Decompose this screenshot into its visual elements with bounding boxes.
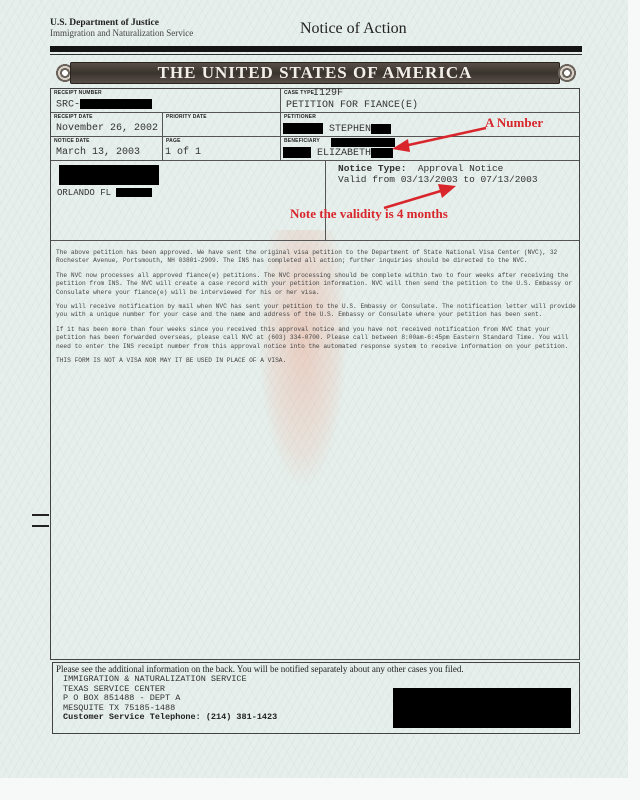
redaction-block (283, 123, 323, 134)
notice-date-value: March 13, 2003 (56, 147, 140, 158)
agency-header: U.S. Department of Justice Immigration a… (50, 18, 193, 38)
body-paragraph: The above petition has been approved. We… (56, 249, 576, 266)
page-margin (628, 0, 640, 800)
notice-page: U.S. Department of Justice Immigration a… (0, 0, 628, 778)
document-title: Notice of Action (300, 20, 407, 38)
petitioner-label: PETITIONER (284, 114, 316, 120)
petitioner-name: STEPHEN (329, 124, 371, 135)
rosette-right-icon (556, 60, 578, 86)
receipt-number-cell: RECEIPT NUMBER SRC- (51, 89, 281, 113)
footer-box: Please see the additional information on… (52, 662, 580, 734)
petitioner-value: STEPHEN (283, 123, 391, 135)
address-cell: ORLANDO FL (51, 161, 326, 241)
receipt-number-label: RECEIPT NUMBER (54, 90, 102, 96)
case-type-description: PETITION FOR FIANCE(E) (286, 100, 418, 111)
service-center-address: IMMIGRATION & NATURALIZATION SERVICE TEX… (63, 675, 277, 723)
page-value: 1 of 1 (165, 147, 201, 158)
receipt-date-label: RECEIPT DATE (54, 114, 93, 120)
body-paragraph: You will receive notification by mail wh… (56, 303, 576, 320)
beneficiary-label: BENEFICIARY (284, 138, 320, 144)
notice-type-label: Notice Type: (338, 163, 406, 174)
fold-mark (32, 514, 49, 516)
receipt-number-prefix: SRC- (56, 100, 80, 111)
notice-date-label: NOTICE DATE (54, 138, 90, 144)
header-rule-thin (50, 54, 582, 55)
page-margin (0, 778, 640, 800)
receipt-date-value: November 26, 2002 (56, 123, 158, 134)
receipt-date-cell: RECEIPT DATE November 26, 2002 (51, 113, 163, 137)
case-type-label: CASE TYPE (284, 90, 314, 96)
agency-department: U.S. Department of Justice (50, 18, 193, 28)
priority-date-cell: PRIORITY DATE (163, 113, 281, 137)
notice-type-value: Approval Notice (418, 163, 504, 174)
customer-service-phone: Customer Service Telephone: (214) 381-14… (63, 713, 277, 723)
page-cell: PAGE 1 of 1 (163, 137, 281, 161)
receipt-number-value: SRC- (56, 99, 152, 111)
header-rule (50, 46, 582, 52)
priority-date-label: PRIORITY DATE (166, 114, 207, 120)
redaction-block (371, 124, 391, 134)
validity-arrow-icon (380, 182, 460, 212)
notice-body: The above petition has been approved. We… (56, 249, 576, 371)
address-city: ORLANDO FL (57, 188, 152, 198)
beneficiary-value: ELIZABETH (283, 147, 393, 159)
usa-banner: THE UNITED STATES OF AMERICA (70, 62, 560, 84)
notice-type: Notice Type: Approval Notice (338, 163, 503, 174)
notice-form: RECEIPT NUMBER SRC- CASE TYPE I129F PETI… (50, 88, 580, 660)
redaction-block (283, 147, 311, 158)
address-redaction (59, 165, 159, 185)
fold-mark (32, 525, 49, 527)
a-number-annotation: A Number (485, 115, 543, 131)
a-number-arrow-icon (390, 124, 490, 154)
beneficiary-name: ELIZABETH (317, 148, 371, 159)
body-paragraph: THIS FORM IS NOT A VISA NOR MAY IT BE US… (56, 357, 576, 365)
case-type-code: I129F (313, 88, 343, 99)
agency-service: Immigration and Naturalization Service (50, 28, 193, 38)
case-type-cell: CASE TYPE I129F PETITION FOR FIANCE(E) (281, 89, 579, 113)
footer-redaction (393, 688, 571, 728)
address-city-text: ORLANDO FL (57, 188, 111, 198)
footer-note: Please see the additional information on… (56, 664, 464, 674)
body-paragraph: If it has been more than four weeks sinc… (56, 326, 576, 351)
redaction-block (116, 188, 152, 197)
body-paragraph: The NVC now processes all approved fianc… (56, 272, 576, 297)
page-label: PAGE (166, 138, 181, 144)
a-number-redaction (331, 138, 395, 147)
notice-date-cell: NOTICE DATE March 13, 2003 (51, 137, 163, 161)
redaction-block (80, 99, 152, 109)
